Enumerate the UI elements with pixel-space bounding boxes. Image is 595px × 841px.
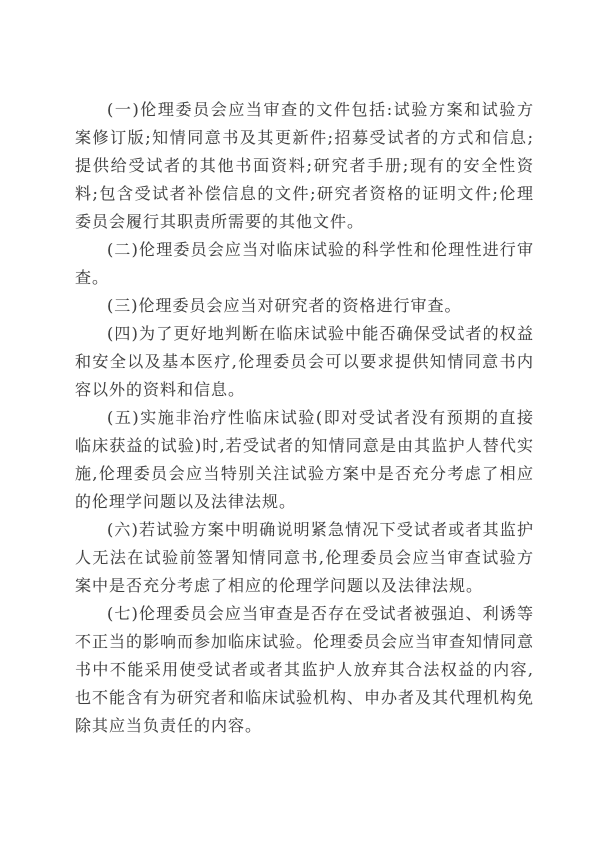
document-page: (一)伦理委员会应当审查的文件包括:试验方案和试验方案修订版;知情同意书及其更新… xyxy=(0,0,595,841)
paragraph-item-3: (三)伦理委员会应当对研究者的资格进行审查。 xyxy=(75,292,534,320)
document-body-text: (一)伦理委员会应当审查的文件包括:试验方案和试验方案修订版;知情同意书及其更新… xyxy=(75,96,534,740)
paragraph-item-1: (一)伦理委员会应当审查的文件包括:试验方案和试验方案修订版;知情同意书及其更新… xyxy=(75,96,534,236)
paragraph-item-6: (六)若试验方案中明确说明紧急情况下受试者或者其监护人无法在试验前签署知情同意书… xyxy=(75,516,534,600)
document-page-background: { "colors": { "page_background": "#fffff… xyxy=(0,0,595,841)
paragraph-item-5: (五)实施非治疗性临床试验(即对受试者没有预期的直接临床获益的试验)时,若受试者… xyxy=(75,404,534,516)
paragraph-item-4: (四)为了更好地判断在临床试验中能否确保受试者的权益和安全以及基本医疗,伦理委员… xyxy=(75,320,534,404)
paragraph-item-2: (二)伦理委员会应当对临床试验的科学性和伦理性进行审查。 xyxy=(75,236,534,292)
paragraph-item-7: (七)伦理委员会应当审查是否存在受试者被强迫、利诱等不正当的影响而参加临床试验。… xyxy=(75,600,534,740)
